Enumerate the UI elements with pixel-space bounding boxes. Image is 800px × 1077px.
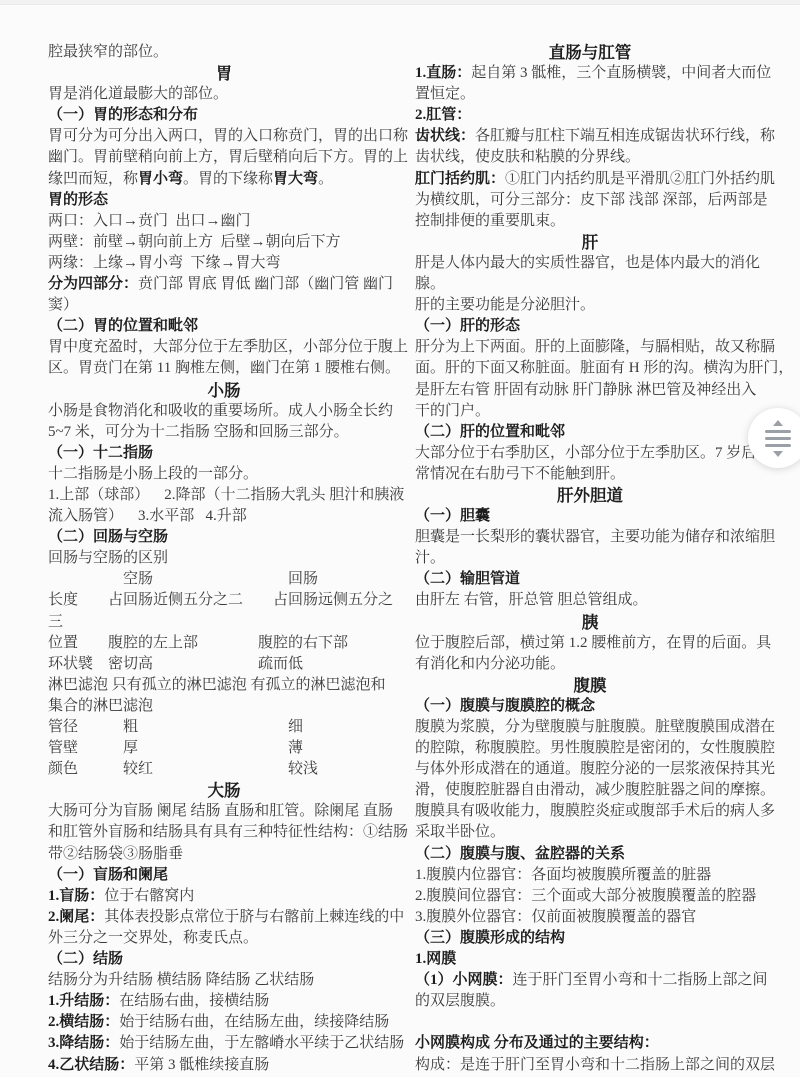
- text-line: [415, 1012, 765, 1033]
- text-line: （二）肝的位置和毗邻: [415, 422, 765, 443]
- text-line: （二）腹膜与腹、盆腔器的关系: [415, 844, 765, 865]
- text-line: 集合的淋巴滤泡: [48, 696, 400, 717]
- text-line: 1.盲肠：位于右髂窝内: [48, 886, 400, 907]
- text-line: （一）胆囊: [415, 506, 765, 527]
- text-line: （一）十二指肠: [48, 443, 400, 464]
- text-line: 置恒定。: [415, 84, 765, 105]
- text-line: 1.网膜: [415, 949, 765, 970]
- text-line: 结肠分为升结肠 横结肠 降结肠 乙状结肠: [48, 970, 400, 991]
- text-line: 1.直肠：起自第 3 骶椎，三个直肠横襞，中间者大而位: [415, 63, 765, 84]
- text-line: 的腔隙，称腹膜腔。男性腹膜腔是密闭的，女性腹膜腔: [415, 738, 765, 759]
- text-line: 长度 占回肠近侧五分之二 占回肠远侧五分之: [48, 590, 400, 611]
- text-line: 颜色 较红 较浅: [48, 759, 400, 780]
- text-line: 小网膜构成 分布及通过的主要结构：: [415, 1033, 765, 1054]
- section-heading: 腹膜: [415, 675, 765, 696]
- text-line: （一）胃的形态和分布: [48, 105, 400, 126]
- text-line: 空肠 回肠: [48, 569, 400, 590]
- text-line: 胆囊是一长梨形的囊状器官，主要功能为储存和浓缩胆: [415, 527, 765, 548]
- text-line: （二）回肠与空肠: [48, 527, 400, 548]
- text-line: （一）肝的形态: [415, 316, 765, 337]
- text-line: 淋巴滤泡 只有孤立的淋巴滤泡 有孤立的淋巴滤泡和: [48, 675, 400, 696]
- drag-lines-icon: [765, 430, 791, 447]
- section-heading: 直肠与肛管: [415, 42, 765, 63]
- text-line: 流入肠管） 3.水平部 4.升部: [48, 506, 400, 527]
- page-top-edge: [0, 0, 800, 5]
- text-line: 滑，使腹腔脏器自由滑动，减少腹腔脏器之间的摩擦。: [415, 780, 765, 801]
- text-line: 分为四部分：贲门部 胃底 胃低 幽门部（幽门管 幽门: [48, 274, 400, 295]
- text-line: 带②结肠袋③肠脂垂: [48, 844, 400, 865]
- section-heading: 小肠: [48, 380, 400, 401]
- text-line: 5~7 米，可分为十二指肠 空肠和回肠三部分。: [48, 422, 400, 443]
- text-line: 3.降结肠：始于结肠左曲，于左髂嵴水平续于乙状结肠: [48, 1033, 400, 1054]
- text-line: 位于腹腔后部，横过第 1.2 腰椎前方，在胃的后面。具: [415, 633, 765, 654]
- text-line: 常情况在右肋弓下不能触到肝。: [415, 464, 765, 485]
- text-line: （二）结肠: [48, 949, 400, 970]
- text-line: 窦）: [48, 295, 400, 316]
- text-line: 是肝左右管 肝固有动脉 肝门静脉 淋巴管及神经出入: [415, 380, 765, 401]
- text-line: 腹膜具有吸收能力，腹膜腔炎症或腹部手术后的病人多: [415, 801, 765, 822]
- text-line: 有消化和内分泌功能。: [415, 654, 765, 675]
- text-line: 为横纹肌，可分三部分：皮下部 浅部 深部，后两部是: [415, 190, 765, 211]
- text-line: 4.乙状结肠：平第 3 骶椎续接直肠: [48, 1055, 400, 1076]
- scroll-handle[interactable]: [748, 408, 800, 468]
- text-line: 采取半卧位。: [415, 822, 765, 843]
- text-line: 十二指肠是小肠上段的一部分。: [48, 464, 400, 485]
- text-line: 3.腹膜外位器官：仅前面被腹膜覆盖的器官: [415, 907, 765, 928]
- text-line: 大部分位于右季肋区，小部分位于左季肋区。7 岁后正: [415, 443, 765, 464]
- text-line: 构成：是连于肝门至胃小弯和十二指肠上部之间的双层: [415, 1055, 765, 1076]
- left-column: 腔最狭窄的部位。胃胃是消化道最膨大的部位。（一）胃的形态和分布胃可分为可分出入两…: [48, 42, 400, 1076]
- text-line: 肝是人体内最大的实质性器官，也是体内最大的消化: [415, 253, 765, 274]
- text-line: （三）腹膜形成的结构: [415, 928, 765, 949]
- section-heading: 肝: [415, 232, 765, 253]
- document-body: 腔最狭窄的部位。胃胃是消化道最膨大的部位。（一）胃的形态和分布胃可分为可分出入两…: [48, 42, 765, 1076]
- text-line: 大肠可分为盲肠 阑尾 结肠 直肠和肛管。除阑尾 直肠: [48, 801, 400, 822]
- text-line: 缘凹而短，称胃小弯。胃的下缘称胃大弯。: [48, 169, 400, 190]
- right-column: 直肠与肛管1.直肠：起自第 3 骶椎，三个直肠横襞，中间者大而位置恒定。2.肛管…: [415, 42, 765, 1076]
- text-line: （二）输胆管道: [415, 569, 765, 590]
- chevron-up-icon: [773, 420, 783, 426]
- text-line: 控制排便的重要肌束。: [415, 211, 765, 232]
- text-line: 齿状线：各肛瓣与肛柱下端互相连成锯齿状环行线，称: [415, 126, 765, 147]
- text-line: 位置 腹腔的左上部 腹腔的右下部: [48, 633, 400, 654]
- text-line: 腔最狭窄的部位。: [48, 42, 400, 63]
- text-line: 2.横结肠：始于结肠右曲，在结肠左曲，续接降结肠: [48, 1012, 400, 1033]
- section-heading: 肝外胆道: [415, 485, 765, 506]
- text-line: 2.腹膜间位器官：三个面或大部分被腹膜覆盖的腔器: [415, 886, 765, 907]
- section-heading: 胃: [48, 63, 400, 84]
- text-line: 肝分为上下两面。肝的上面膨隆，与膈相贴，故又称膈: [415, 337, 765, 358]
- text-line: 肝的主要功能是分泌胆汁。: [415, 295, 765, 316]
- text-line: 腺。: [415, 274, 765, 295]
- text-line: 外三分之一交界处，称麦氏点。: [48, 928, 400, 949]
- text-line: 2.肛管：: [415, 105, 765, 126]
- text-line: 胃中度充盈时，大部分位于左季肋区，小部分位于腹上: [48, 337, 400, 358]
- text-line: 面。肝的下面又称脏面。脏面有 H 形的沟。横沟为肝门，: [415, 358, 765, 379]
- text-line: 胃是消化道最膨大的部位。: [48, 84, 400, 105]
- section-heading: 大肠: [48, 780, 400, 801]
- text-line: 2.阑尾：其体表投影点常位于脐与右髂前上棘连线的中: [48, 907, 400, 928]
- text-line: （1）小网膜：连于肝门至胃小弯和十二指肠上部之间: [415, 970, 765, 991]
- text-line: 齿状线，使皮肤和粘膜的分界线。: [415, 147, 765, 168]
- text-line: 汁。: [415, 548, 765, 569]
- text-line: 腹膜为浆膜，分为壁腹膜与脏腹膜。脏壁腹膜围成潜在: [415, 717, 765, 738]
- text-line: 肛门括约肌：①肛门内括约肌是平滑肌②肛门外括约肌: [415, 169, 765, 190]
- chevron-down-icon: [773, 451, 783, 457]
- text-line: 胃的形态: [48, 190, 400, 211]
- text-line: （一）盲肠和阑尾: [48, 865, 400, 886]
- text-line: 两口：入口→贲门 出口→幽门: [48, 211, 400, 232]
- text-line: 管壁 厚 薄: [48, 738, 400, 759]
- text-line: 三: [48, 612, 400, 633]
- text-line: 胃可分为可分出入两口，胃的入口称贲门，胃的出口称: [48, 126, 400, 147]
- text-line: 两缘：上缘→胃小弯 下缘→胃大弯: [48, 253, 400, 274]
- text-line: 幽门。胃前壁稍向前上方，胃后壁稍向后下方。胃的上: [48, 147, 400, 168]
- text-line: 两壁：前壁→朝向前上方 后壁→朝向后下方: [48, 232, 400, 253]
- text-line: 和肛管外盲肠和结肠具有具有三种特征性结构：①结肠: [48, 822, 400, 843]
- section-heading: 胰: [415, 612, 765, 633]
- text-line: 1.上部（球部） 2.降部（十二指肠大乳头 胆汁和胰液: [48, 485, 400, 506]
- text-line: （二）胃的位置和毗邻: [48, 316, 400, 337]
- text-line: 回肠与空肠的区别: [48, 548, 400, 569]
- text-line: 1.腹膜内位器官：各面均被腹膜所覆盖的脏器: [415, 865, 765, 886]
- document-reader-page: { "page": { "background": "#fbfbfb", "te…: [0, 0, 800, 1077]
- text-line: 由肝左 右管，肝总管 胆总管组成。: [415, 590, 765, 611]
- text-line: 与体外形成潜在的通道。腹腔分泌的一层浆液保持其光: [415, 759, 765, 780]
- text-line: 的双层腹膜。: [415, 991, 765, 1012]
- text-line: 区。胃贲门在第 11 胸椎左侧，幽门在第 1 腰椎右侧。: [48, 358, 400, 379]
- text-line: 干的门户。: [415, 401, 765, 422]
- text-line: 小肠是食物消化和吸收的重要场所。成人小肠全长约: [48, 401, 400, 422]
- text-line: 管径 粗 细: [48, 717, 400, 738]
- text-line: 1.升结肠：在结肠右曲，接横结肠: [48, 991, 400, 1012]
- text-line: （一）腹膜与腹膜腔的概念: [415, 696, 765, 717]
- text-line: 环状襞 密切高 疏而低: [48, 654, 400, 675]
